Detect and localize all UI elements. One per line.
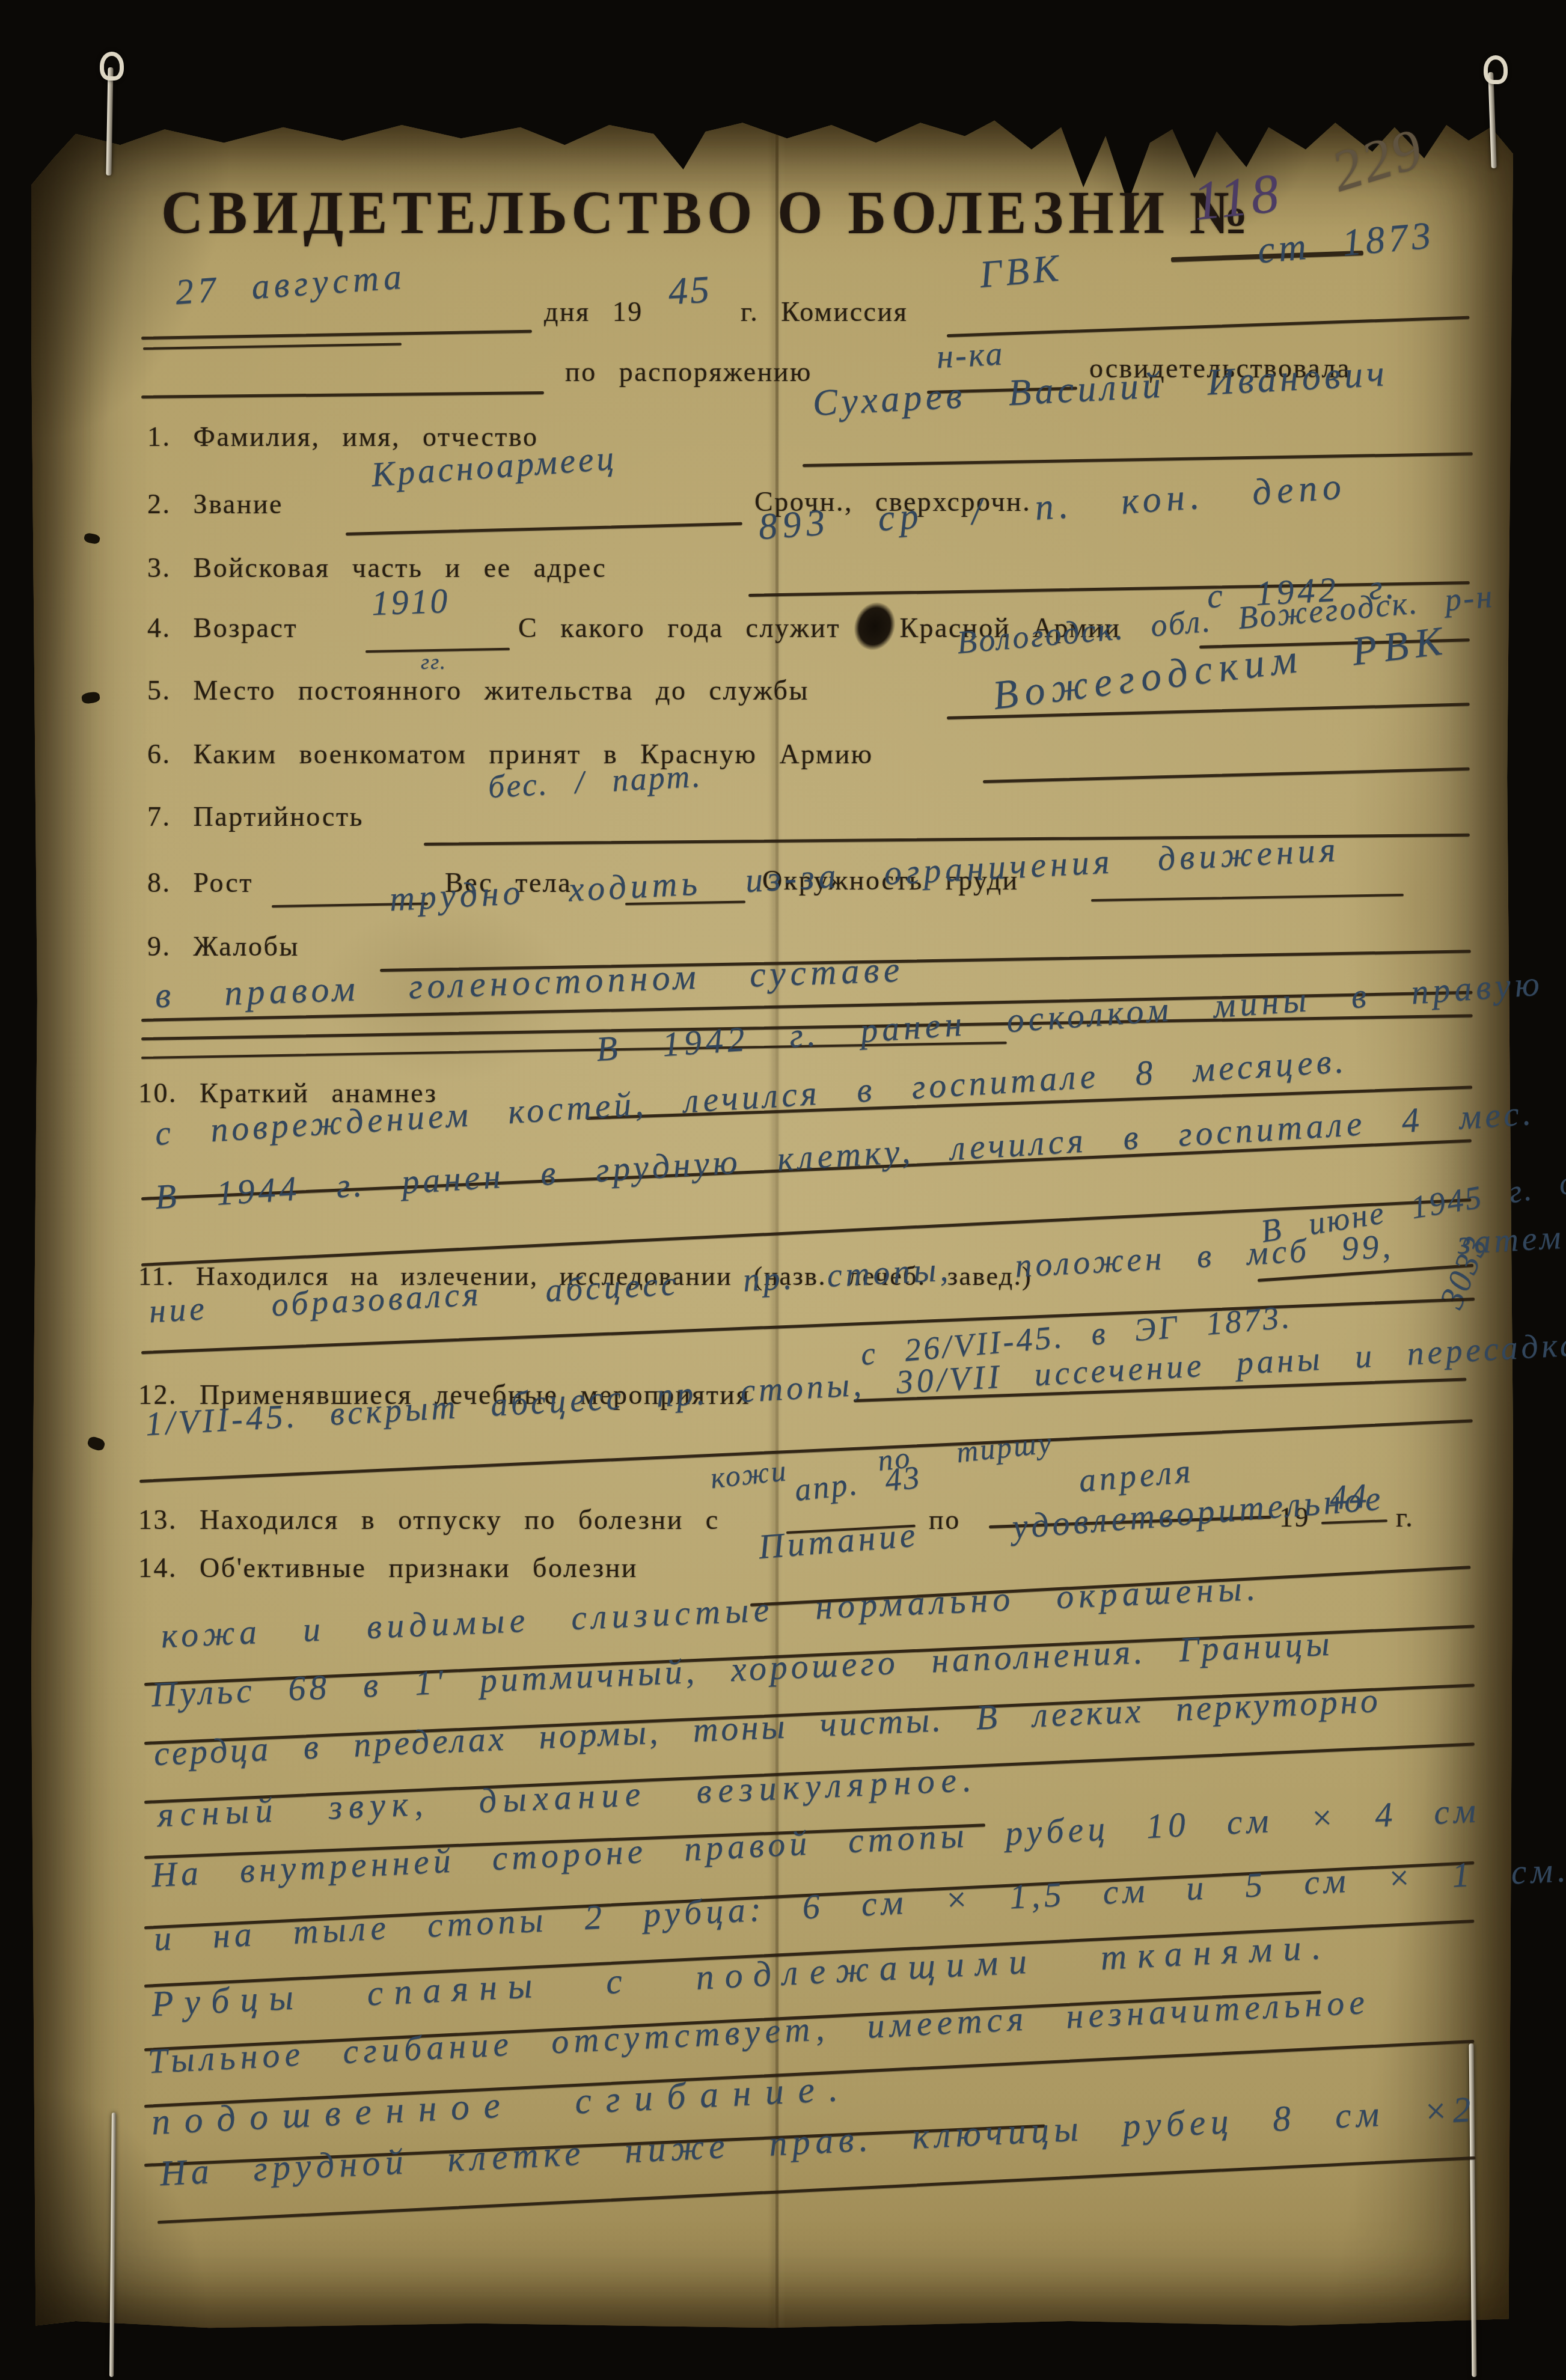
pin-top-right-head-icon <box>1484 55 1508 84</box>
field-6-label: 6. Каким военкоматом принят в Красную Ар… <box>147 738 873 770</box>
field-8-label-height: 8. Рост <box>147 867 253 899</box>
field-13-label: 13. Находился в отпуску по болезни с <box>138 1504 720 1536</box>
pin-top-left-head-icon <box>100 52 124 81</box>
field-4-age-note: гг. <box>421 649 447 674</box>
date-printed-commission: г. Комиссия <box>741 296 908 328</box>
field-2-label: 2. Звание <box>147 488 283 520</box>
field-13-year-suffix: г. <box>1396 1501 1414 1533</box>
photographed-document: 229 СВИДЕТЕЛЬСТВО О БОЛЕЗНИ № 118 27 авг… <box>0 0 1566 2380</box>
field-3-label: 3. Войсковая часть и ее адрес <box>147 552 607 584</box>
center-fold-crease <box>775 109 778 2337</box>
field-9-label: 9. Жалобы <box>147 930 299 962</box>
order-printed-prefix: по распоряжению <box>565 356 812 388</box>
certificate-number: 118 <box>1190 160 1285 233</box>
date-printed-prefix: дня 19 <box>544 296 643 328</box>
field-7-label: 7. Партийность <box>147 801 364 832</box>
field-5-label: 5. Место постоянного жительства до служб… <box>147 674 809 706</box>
order-authority-value: н-ка <box>935 334 1005 376</box>
field-4-age-value: 1910 <box>371 580 450 623</box>
field-14-label: 14. Об'ективные признаки болезни <box>138 1552 638 1584</box>
certificate-title: СВИДЕТЕЛЬСТВО О БОЛЕЗНИ № <box>161 177 1253 248</box>
field-4-label-age: 4. Возраст <box>147 612 298 644</box>
date-year-value: 45 <box>667 267 712 314</box>
